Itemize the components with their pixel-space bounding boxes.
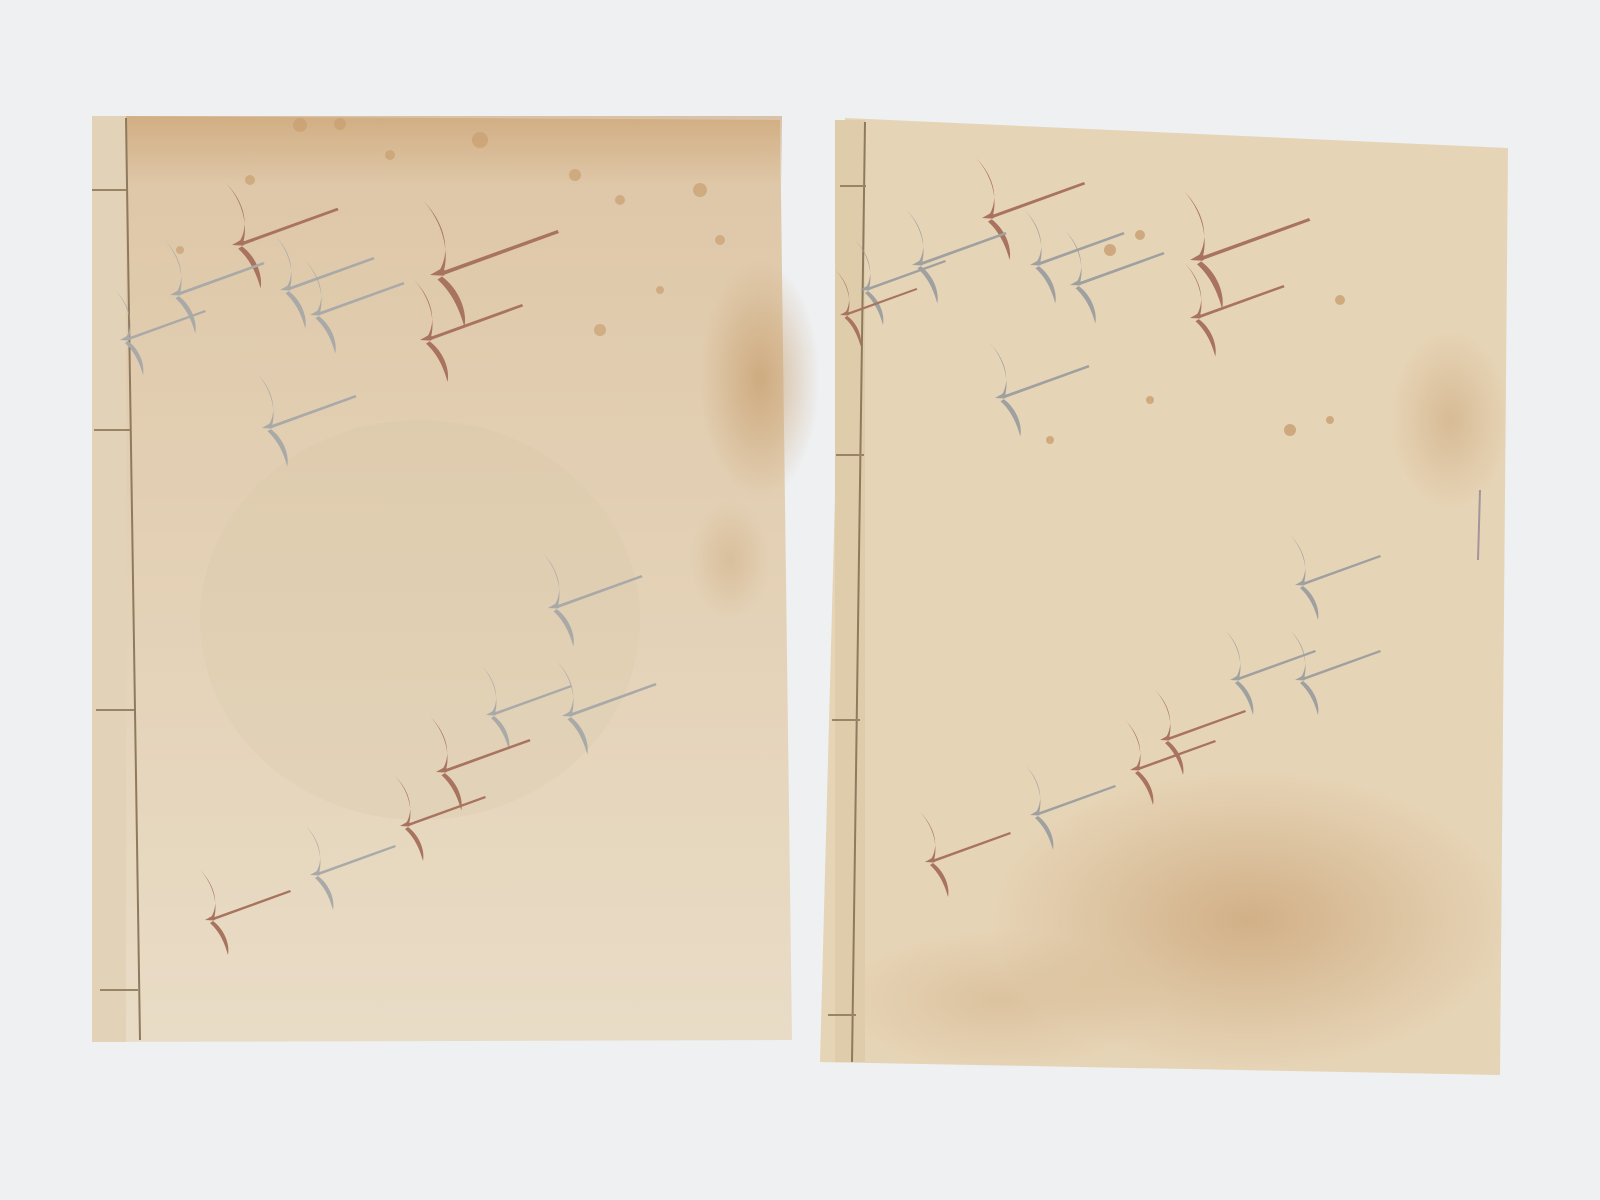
- right-book: [0, 0, 1600, 1200]
- photo-scene: Two stab-bound (Japanese-style) books wi…: [0, 0, 1600, 1200]
